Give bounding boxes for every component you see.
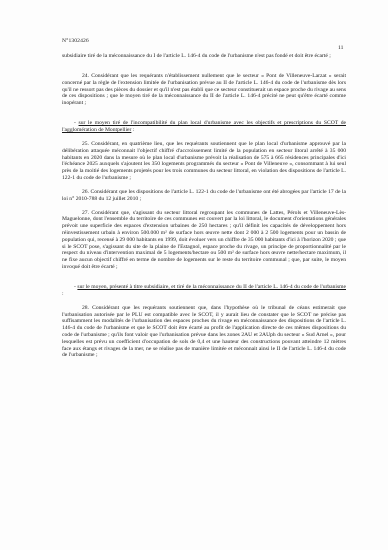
paragraph-24: 24. Considérant que les requérants n'éta… <box>62 73 346 107</box>
case-number: N°1302426 <box>62 38 89 44</box>
section-heading-text: sur le moyen tiré de l'incompatibilité d… <box>62 120 346 133</box>
paragraph-28: 28. Considérant que les requérants souti… <box>62 305 346 359</box>
section-heading-text: sur le moyen, présenté à titre subsidiai… <box>77 284 346 290</box>
continuation-paragraph: subsidiaire tiré de la méconnaissance du… <box>62 53 346 60</box>
section-heading-scot: - sur le moyen tiré de l'incompatibilité… <box>62 120 346 134</box>
paragraph-26: 26. Considérant que les dispositions de … <box>62 189 346 203</box>
document-page: N°1302426 11 subsidiaire tiré de la méco… <box>0 0 388 550</box>
paragraph-25: 25. Considérant, en quatrième lieu, que … <box>62 141 346 182</box>
page-number: 11 <box>338 45 343 51</box>
section-heading-subsidiary: - sur le moyen, présenté à titre subsidi… <box>62 284 346 298</box>
document-body: subsidiaire tiré de la méconnaissance du… <box>62 53 346 366</box>
paragraph-27: 27. Considérant que, s'agissant du secte… <box>62 210 346 271</box>
